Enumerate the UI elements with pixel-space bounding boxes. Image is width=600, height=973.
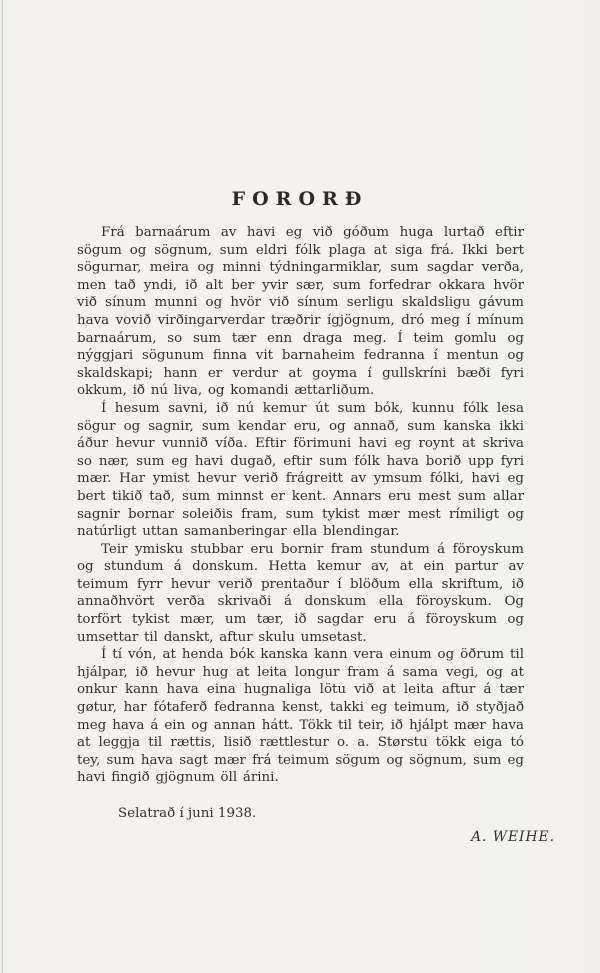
page-title: FORORÐ: [0, 0, 600, 210]
author-signature: A. WEIHE.: [0, 829, 555, 845]
paragraph-4: Í tí vón, at henda bók kanska kann vera …: [77, 646, 524, 787]
paragraph-2: Í hesum savni, ið nú kemur út sum bók, k…: [77, 400, 524, 541]
paragraph-3: Teir ymisku stubbar eru bornir fram stun…: [77, 541, 524, 647]
dateline: Selatrað í juni 1938.: [118, 806, 600, 821]
scan-edge-shadow: [2, 0, 3, 973]
scanned-book-page: FORORÐ Frá barnaárum av havi eg við góðu…: [0, 0, 600, 973]
paragraph-1: Frá barnaárum av havi eg við góðum huga …: [77, 224, 524, 400]
foreword-body: Frá barnaárum av havi eg við góðum huga …: [77, 224, 524, 787]
